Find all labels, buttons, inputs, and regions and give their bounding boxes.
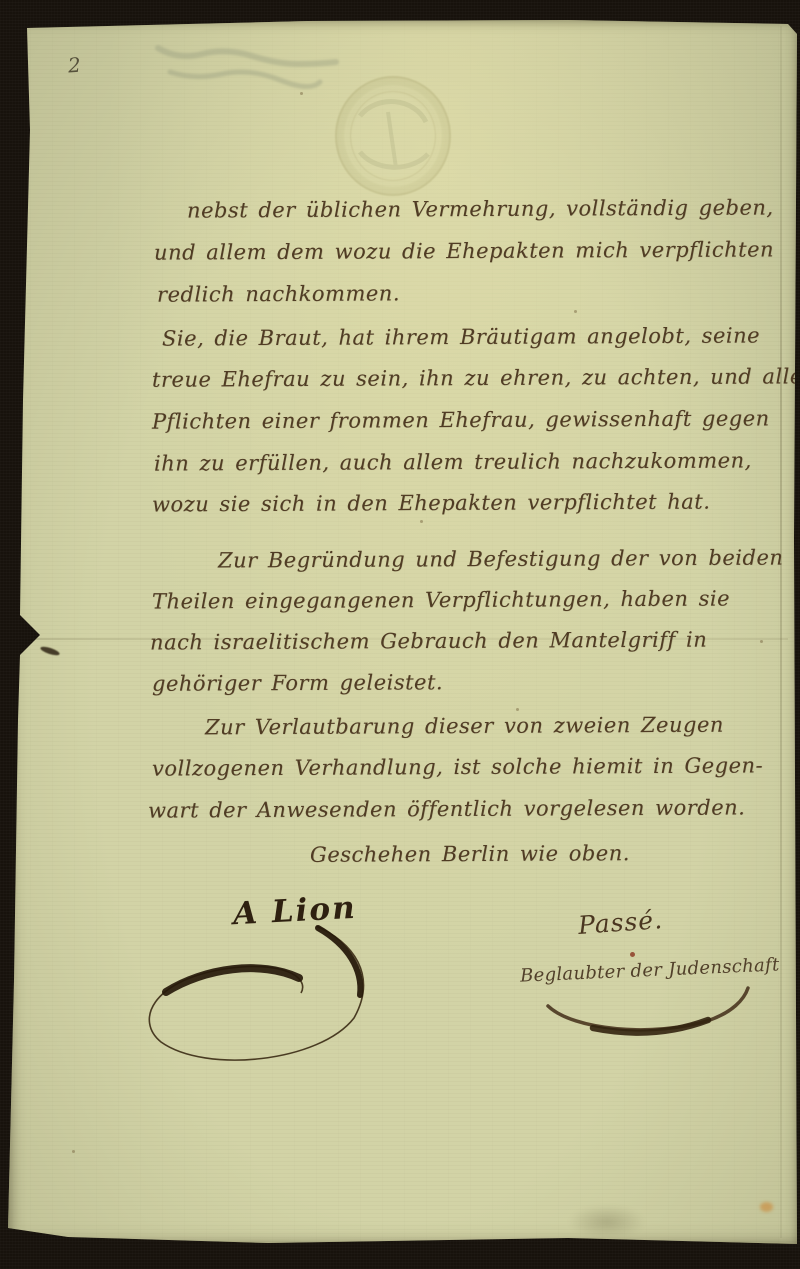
signature-left: A Lion xyxy=(232,890,357,932)
manuscript-line: wart der Anwesenden öffentlich vorgelese… xyxy=(148,794,745,823)
signature-right: Passé. xyxy=(577,905,664,940)
foxing-spot xyxy=(760,1202,773,1212)
paper-speck xyxy=(516,708,519,711)
round-stamp-icon xyxy=(335,76,451,196)
ink-dot xyxy=(630,952,635,957)
manuscript-line: Zur Begründung und Befestigung der von b… xyxy=(218,545,784,574)
paper-speck xyxy=(760,640,763,643)
manuscript-line: redlich nachkommen. xyxy=(157,280,400,307)
manuscript-line: und allem dem wozu die Ehepakten mich ve… xyxy=(154,236,774,265)
ink-bleedthrough-ghost xyxy=(158,48,336,87)
manuscript-line: gehöriger Form geleistet. xyxy=(152,669,443,697)
photo-backdrop: 2 xyxy=(0,0,800,1269)
ink-smudge xyxy=(40,645,61,657)
signature-left-flourish xyxy=(149,926,363,1060)
dateline: Geschehen Berlin wie oben. xyxy=(310,840,630,868)
manuscript-line: Pflichten einer frommen Ehefrau, gewisse… xyxy=(152,405,770,434)
stain xyxy=(568,1205,646,1239)
manuscript-line: Zur Verlautbarung dieser von zweien Zeug… xyxy=(205,712,724,741)
paper-speck xyxy=(72,1150,75,1153)
round-stamp-inner-ring xyxy=(350,91,436,181)
manuscript-line: Sie, die Braut, hat ihrem Bräutigam ange… xyxy=(162,322,760,351)
signature-right-flourish xyxy=(548,988,748,1033)
manuscript-line: ihn zu erfüllen, auch allem treulich nac… xyxy=(154,447,752,476)
vertical-fold-crease xyxy=(780,26,782,1238)
manuscript-line: treue Ehefrau zu sein, ihn zu ehren, zu … xyxy=(152,363,800,392)
page-number: 2 xyxy=(67,53,82,78)
signature-right-title: Beglaubter der Judenschaft xyxy=(520,954,780,986)
paper-speck xyxy=(420,520,423,523)
manuscript-page: 2 xyxy=(8,20,798,1246)
manuscript-line: wozu sie sich in den Ehepakten verpflich… xyxy=(152,489,711,518)
paper-speck xyxy=(300,92,303,95)
manuscript-line: Theilen eingegangenen Verpflichtungen, h… xyxy=(152,585,730,614)
paper-speck xyxy=(574,310,577,313)
manuscript-line: nach israelitischem Gebrauch den Mantelg… xyxy=(150,627,707,656)
manuscript-line: nebst der üblichen Vermehrung, vollständ… xyxy=(187,194,774,223)
manuscript-line: vollzogenen Verhandlung, ist solche hiem… xyxy=(152,752,763,781)
